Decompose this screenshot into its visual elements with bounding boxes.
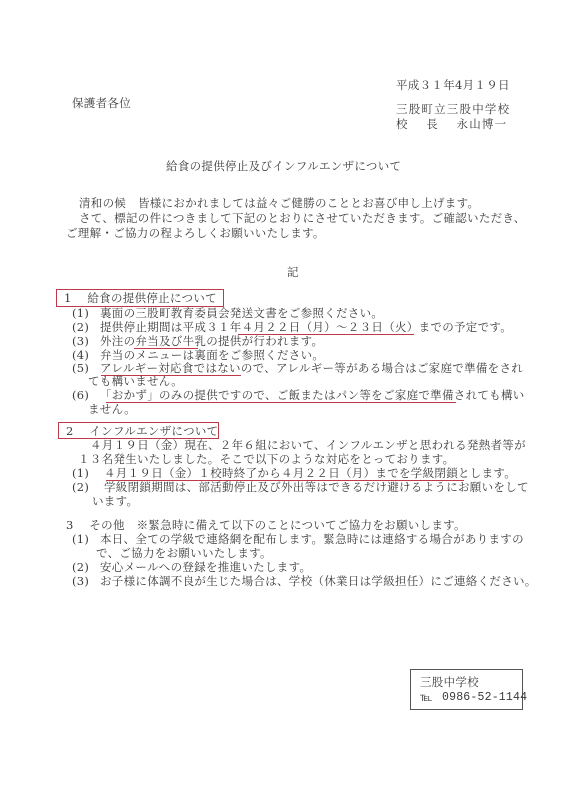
section3-heading: 3 その他 ※緊急時に備えて以下のことについてご協力をお願いします。: [66, 518, 466, 533]
s1-item6-cont: ません。: [88, 402, 136, 417]
document-title: 給食の提供停止及びインフルエンザについて: [166, 159, 401, 174]
greeting-line-1: 清和の候 皆様におかれましては益々ご健勝のこととお喜び申し上げます。: [79, 196, 479, 211]
section2-heading: 2 インフルエンザについて: [66, 424, 218, 439]
greeting-line-2: さて、標記の件につきまして下記のとおりにさせていただきます。ご確認いただき、: [79, 211, 526, 226]
document-date: 平成３１年4月１９日: [396, 78, 510, 93]
greeting-line-3: ご理解・ご協力の程よろしくお願いいたします。: [66, 226, 325, 241]
s1-item2-text: 提供停止期間は平成３１年４月２２日（月）～２３日（火）までの予定です。: [100, 320, 512, 335]
sender-principal: 校 長 永山博一: [396, 117, 507, 132]
s1-item3-num: (3): [72, 334, 89, 349]
contact-tel-label: ℡: [420, 690, 433, 705]
s1-item6-num: (6): [72, 388, 89, 403]
s3-item2-text: 安心メールへの登録を推進いたします。: [100, 560, 311, 575]
s3-item2-num: (2): [72, 560, 89, 575]
s3-item1-cont: で、ご協力をお願いいたします。: [96, 546, 272, 561]
contact-school: 三股中学校: [420, 675, 479, 690]
s2-intro-2: １３名発生いたしました。そこで以下のような対応をとっております。: [78, 452, 454, 467]
sender-school: 三股町立三股中学校: [396, 102, 510, 117]
s1-item3-text: 外注の弁当及び牛乳の提供が行われます。: [100, 334, 323, 349]
s1-item1-num: (1): [72, 306, 89, 321]
s2-item2-cont: います。: [92, 494, 138, 509]
s1-item6-text: 「おかず」のみの提供ですので、ご飯またはパン等をご家庭で準備されても構い: [100, 388, 525, 403]
s1-item5-num: (5): [72, 361, 89, 376]
s2-item1-num: (1): [72, 466, 89, 481]
section1-heading: 1 給食の提供停止について: [64, 291, 217, 306]
s3-item1-text: 本日、全ての学級で連絡網を配布します。緊急時には連絡する場合がありますの: [100, 532, 524, 547]
s3-item3-num: (3): [72, 574, 89, 589]
s2-item2-num: (2): [72, 480, 89, 495]
s2-item2-text: 学級閉鎖期間は、部活動停止及び外出等はできるだけ避けるようにお願いをして: [104, 480, 529, 495]
s1-item5-cont: ても構いません。: [88, 374, 183, 389]
s1-item2-num: (2): [72, 320, 89, 335]
s2-item1-text: ４月１９日（金）１校時終了から４月２２日（月）までを学級閉鎖とします。: [104, 466, 516, 481]
contact-tel: 0986-52-1144: [442, 690, 527, 705]
s1-item6-underline: [106, 402, 456, 403]
addressee: 保護者各位: [72, 96, 131, 111]
ki-marker: 記: [287, 265, 299, 280]
contact-box: 三股中学校 ℡ 0986-52-1144: [410, 669, 523, 710]
s3-item3-text: お子様に体調不良が生じた場合は、学校（休業日は学級担任）にご連絡ください。: [100, 574, 537, 589]
s3-item1-num: (1): [72, 532, 89, 547]
s1-item1-text: 裏面の三股町教育委員会発送文書をご参照ください。: [100, 306, 383, 321]
s2-intro-1: ４月１９日（金）現在、２年６組において、インフルエンザと思われる発熱者等が: [90, 438, 526, 453]
